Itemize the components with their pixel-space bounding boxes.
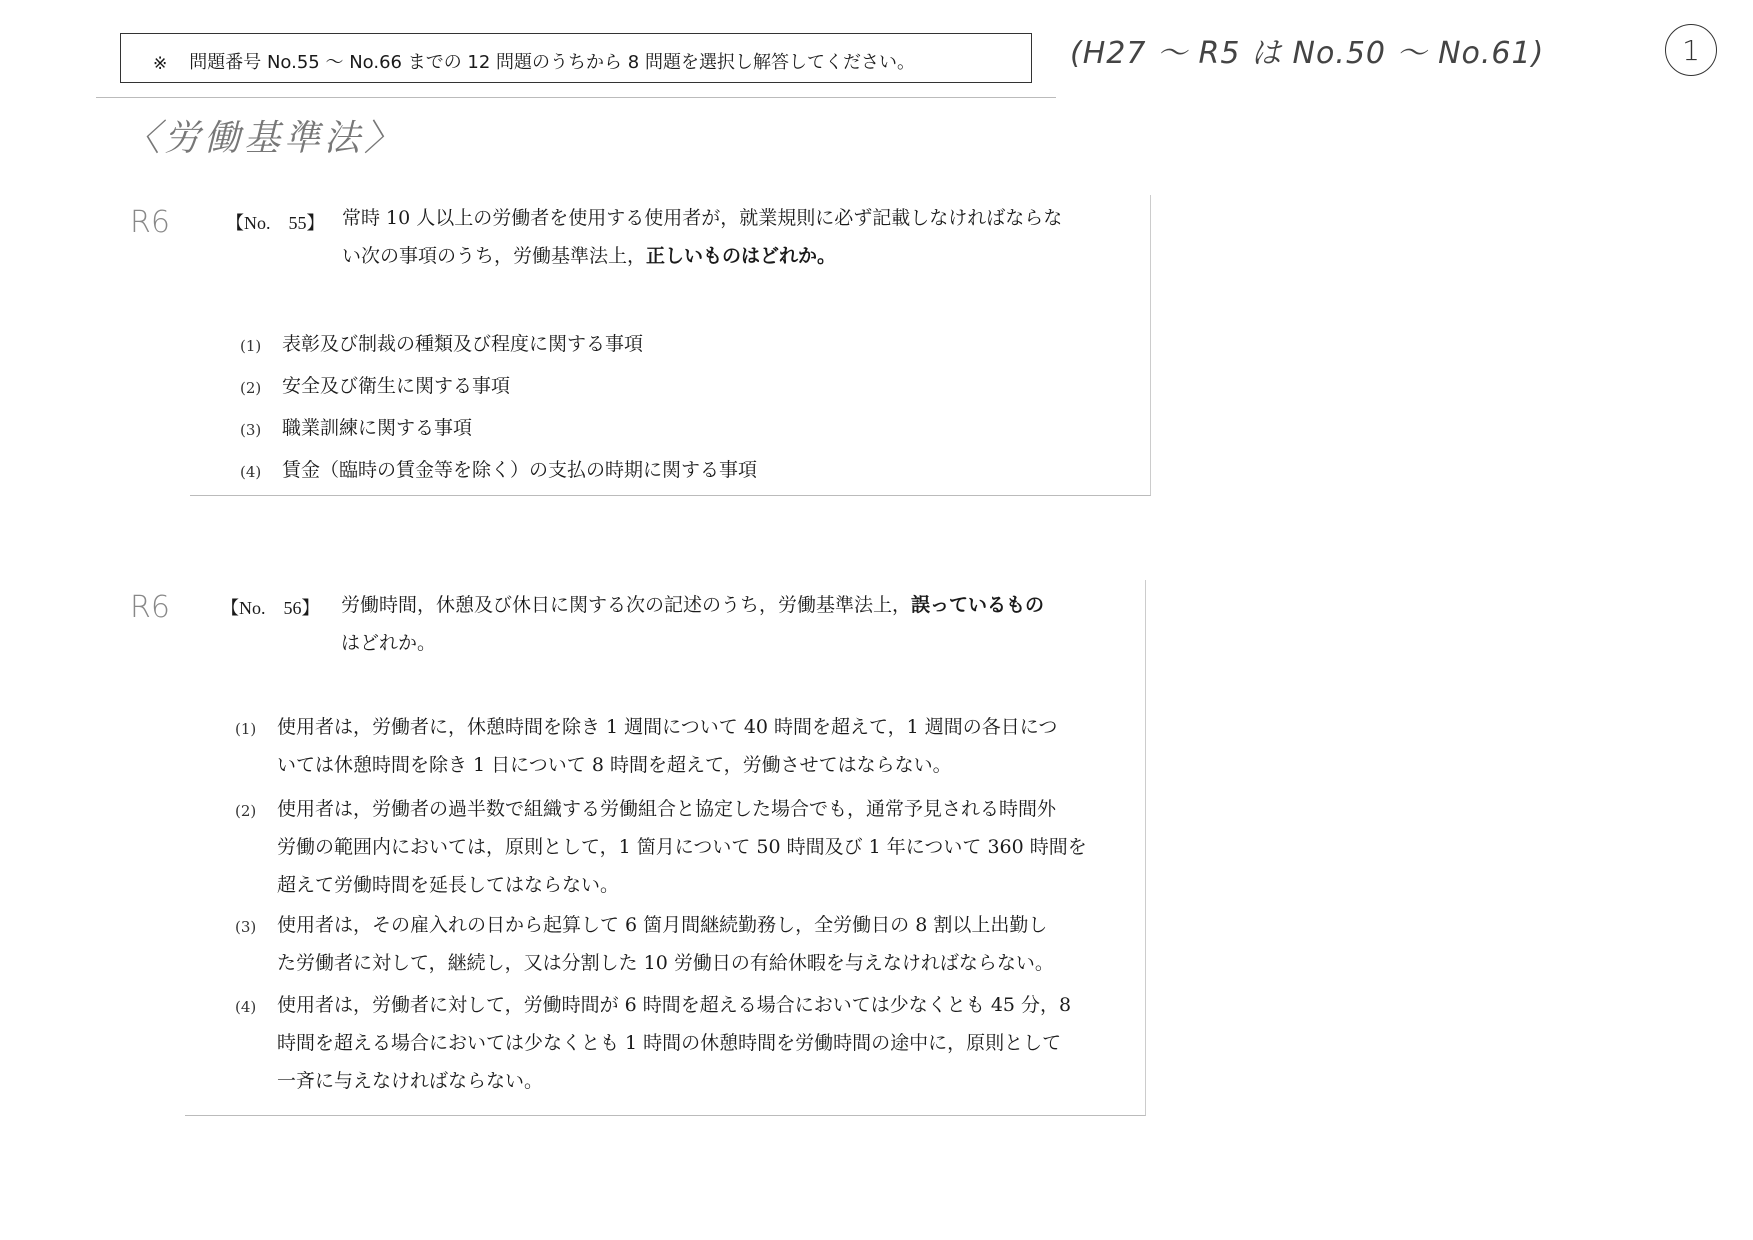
- question-prompt: 労働時間，休憩及び休日に関する次の記述のうち，労働基準法上，誤っているもの はど…: [341, 586, 1141, 662]
- option-number: (2): [240, 369, 261, 407]
- option-line: 時間を超える場合においては少なくとも 1 時間の休憩時間を労働時間の途中に，原則…: [277, 1024, 1071, 1062]
- option-text: 安全及び衛生に関する事項: [282, 367, 510, 405]
- prompt-text: 労働時間，休憩及び休日に関する次の記述のうち，労働基準法上，: [341, 594, 911, 616]
- option-line: 一斉に与えなければならない。: [277, 1062, 1071, 1100]
- prompt-line: はどれか。: [341, 624, 1141, 662]
- option-line: 使用者は，労働者の過半数で組織する労働組合と協定した場合でも，通常予見される時間…: [277, 790, 1087, 828]
- option-line: た労働者に対して，継続し，又は分割した 10 労働日の有給休暇を与えなければなら…: [277, 944, 1054, 982]
- prompt-emphasis: 正しいものはどれか。: [646, 245, 836, 267]
- option-text: 賃金（臨時の賃金等を除く）の支払の時期に関する事項: [282, 451, 757, 489]
- page-number: 1: [1665, 24, 1717, 76]
- option-number: (3): [240, 411, 261, 449]
- option-line: 使用者は，その雇入れの日から起算して 6 箇月間継続勤務し，全労働日の 8 割以…: [277, 906, 1054, 944]
- option-number: (1): [240, 327, 261, 365]
- year-note: R6: [130, 590, 170, 625]
- instruction-notice-box: ※ 問題番号 No.55 ～ No.66 までの 12 問題のうちから 8 問題…: [120, 33, 1032, 83]
- option-text: 使用者は，労働者に，休憩時間を除き 1 週間について 40 時間を超えて，1 週…: [277, 708, 1057, 784]
- option-number: (4): [240, 453, 261, 491]
- option-text: 職業訓練に関する事項: [282, 409, 472, 447]
- question-55-panel: 【No. 55】 常時 10 人以上の労働者を使用する使用者が，就業規則に必ず記…: [190, 195, 1151, 496]
- option-number: (2): [235, 792, 256, 830]
- option-line: 使用者は，労働者に，休憩時間を除き 1 週間について 40 時間を超えて，1 週…: [277, 708, 1057, 746]
- option-text: 使用者は，その雇入れの日から起算して 6 箇月間継続勤務し，全労働日の 8 割以…: [277, 906, 1054, 982]
- question-56-panel: 【No. 56】 労働時間，休憩及び休日に関する次の記述のうち，労働基準法上，誤…: [185, 580, 1146, 1116]
- option-number: (4): [235, 988, 256, 1026]
- prompt-line: 労働時間，休憩及び休日に関する次の記述のうち，労働基準法上，誤っているもの: [341, 586, 1141, 624]
- option-number: (3): [235, 908, 256, 946]
- question-number: 【No. 55】: [226, 209, 325, 235]
- option-text: 使用者は，労働者に対して，労働時間が 6 時間を超える場合においては少なくとも …: [277, 986, 1071, 1100]
- option-number: (1): [235, 710, 256, 748]
- option-text: 使用者は，労働者の過半数で組織する労働組合と協定した場合でも，通常予見される時間…: [277, 790, 1087, 904]
- prompt-text: い次の事項のうち，労働基準法上，: [342, 245, 646, 267]
- option-line: 使用者は，労働者に対して，労働時間が 6 時間を超える場合においては少なくとも …: [277, 986, 1071, 1024]
- year-note: R6: [130, 205, 170, 240]
- prompt-line: い次の事項のうち，労働基準法上，正しいものはどれか。: [342, 237, 1142, 275]
- question-prompt: 常時 10 人以上の労働者を使用する使用者が，就業規則に必ず記載しなければならな…: [342, 199, 1142, 275]
- divider: [96, 97, 1056, 98]
- section-title: 〈労働基準法〉: [124, 110, 404, 161]
- prompt-line: 常時 10 人以上の労働者を使用する使用者が，就業規則に必ず記載しなければならな: [342, 199, 1142, 237]
- reference-mark: ※: [153, 54, 167, 74]
- option-line: いては休憩時間を除き 1 日について 8 時間を超えて，労働させてはならない。: [277, 746, 1057, 784]
- instruction-text: 問題番号 No.55 ～ No.66 までの 12 問題のうちから 8 問題を選…: [189, 48, 915, 74]
- option-line: 労働の範囲内においては，原則として，1 箇月について 50 時間及び 1 年につ…: [277, 828, 1087, 866]
- handwritten-range-note: (H27 ～ R5 は No.50 ～ No.61): [1070, 28, 1544, 72]
- prompt-emphasis: 誤っているもの: [911, 594, 1044, 616]
- option-text: 表彰及び制裁の種類及び程度に関する事項: [282, 325, 643, 363]
- question-number: 【No. 56】: [221, 594, 320, 620]
- option-line: 超えて労働時間を延長してはならない。: [277, 866, 1087, 904]
